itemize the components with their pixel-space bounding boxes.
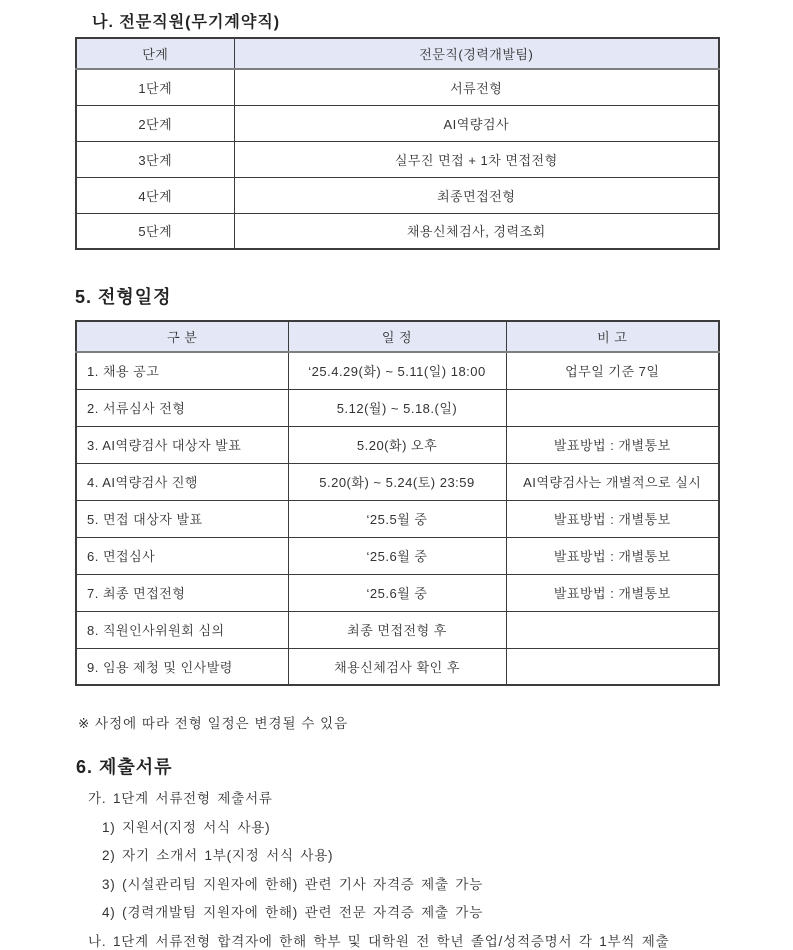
section-5-heading: 5. 전형일정 bbox=[75, 283, 172, 309]
table-cell: 4. AI역량검사 진행 bbox=[76, 463, 288, 500]
table-cell: 3단계 bbox=[76, 141, 234, 177]
submission-list-item: 나. 1단계 서류전형 합격자에 한해 학부 및 대학원 전 학년 졸업/성적증… bbox=[78, 930, 669, 950]
table-cell bbox=[506, 389, 719, 426]
table-cell: 최종면접전형 bbox=[234, 177, 719, 213]
stage-table-head: 단계전문직(경력개발팀) bbox=[76, 38, 719, 69]
column-header: 전문직(경력개발팀) bbox=[234, 38, 719, 69]
table-cell: 9. 임용 제청 및 인사발령 bbox=[76, 648, 288, 685]
table-row: 2단계AI역량검사 bbox=[76, 105, 719, 141]
table-row: 8. 직원인사위원회 심의최종 면접전형 후 bbox=[76, 611, 719, 648]
stage-table-body: 1단계서류전형2단계AI역량검사3단계실무진 면접 + 1차 면접전형4단계최종… bbox=[76, 69, 719, 249]
schedule-table: 구 분일 정비 고 1. 채용 공고‘25.4.29(화) ~ 5.11(일) … bbox=[75, 320, 720, 686]
table-row: 4. AI역량검사 진행5.20(화) ~ 5.24(토) 23:59AI역량검… bbox=[76, 463, 719, 500]
table-cell: 3. AI역량검사 대상자 발표 bbox=[76, 426, 288, 463]
table-cell: 8. 직원인사위원회 심의 bbox=[76, 611, 288, 648]
table-row: 6. 면접심사‘25.6월 중발표방법 : 개별통보 bbox=[76, 537, 719, 574]
table-cell: 5.20(화) ~ 5.24(토) 23:59 bbox=[288, 463, 506, 500]
section-6-heading: 6. 제출서류 bbox=[76, 753, 173, 779]
column-header: 단계 bbox=[76, 38, 234, 69]
table-cell: AI역량검사는 개별적으로 실시 bbox=[506, 463, 719, 500]
column-header: 구 분 bbox=[76, 321, 288, 352]
table-cell: 발표방법 : 개별통보 bbox=[506, 537, 719, 574]
section-b-title: 나. 전문직원(무기계약직) bbox=[92, 9, 280, 32]
stage-table: 단계전문직(경력개발팀) 1단계서류전형2단계AI역량검사3단계실무진 면접 +… bbox=[75, 37, 720, 250]
table-cell: 1. 채용 공고 bbox=[76, 352, 288, 389]
submission-list-item: 2) 자기 소개서 1부(지정 서식 사용) bbox=[78, 844, 669, 864]
table-cell: 5. 면접 대상자 발표 bbox=[76, 500, 288, 537]
submission-list-item: 가. 1단계 서류전형 제출서류 bbox=[78, 787, 669, 807]
table-cell: 업무일 기준 7일 bbox=[506, 352, 719, 389]
table-cell: 실무진 면접 + 1차 면접전형 bbox=[234, 141, 719, 177]
table-row: 5. 면접 대상자 발표‘25.5월 중발표방법 : 개별통보 bbox=[76, 500, 719, 537]
table-row: 1단계서류전형 bbox=[76, 69, 719, 105]
table-row: 9. 임용 제청 및 인사발령채용신체검사 확인 후 bbox=[76, 648, 719, 685]
table-cell: 서류전형 bbox=[234, 69, 719, 105]
table-row: 3단계실무진 면접 + 1차 면접전형 bbox=[76, 141, 719, 177]
table-cell: 7. 최종 면접전형 bbox=[76, 574, 288, 611]
table-cell: 1단계 bbox=[76, 69, 234, 105]
submission-list-item: 1) 지원서(지정 서식 사용) bbox=[78, 816, 669, 836]
table-cell: 2. 서류심사 전형 bbox=[76, 389, 288, 426]
table-cell: 발표방법 : 개별통보 bbox=[506, 426, 719, 463]
table-row: 5단계채용신체검사, 경력조회 bbox=[76, 213, 719, 249]
table-row: 2. 서류심사 전형5.12(월) ~ 5.18.(일) bbox=[76, 389, 719, 426]
table-cell: 채용신체검사 확인 후 bbox=[288, 648, 506, 685]
column-header: 비 고 bbox=[506, 321, 719, 352]
table-cell: 5.12(월) ~ 5.18.(일) bbox=[288, 389, 506, 426]
table-row: 4단계최종면접전형 bbox=[76, 177, 719, 213]
table-cell: 2단계 bbox=[76, 105, 234, 141]
schedule-table-body: 1. 채용 공고‘25.4.29(화) ~ 5.11(일) 18:00업무일 기… bbox=[76, 352, 719, 685]
table-cell: ‘25.6월 중 bbox=[288, 537, 506, 574]
submission-list-item: 4) (경력개발팀 지원자에 한해) 관련 전문 자격증 제출 가능 bbox=[78, 901, 669, 921]
table-cell: 발표방법 : 개별통보 bbox=[506, 500, 719, 537]
table-cell bbox=[506, 611, 719, 648]
table-cell: 5.20(화) 오후 bbox=[288, 426, 506, 463]
table-row: 7. 최종 면접전형‘25.6월 중발표방법 : 개별통보 bbox=[76, 574, 719, 611]
table-row: 1. 채용 공고‘25.4.29(화) ~ 5.11(일) 18:00업무일 기… bbox=[76, 352, 719, 389]
table-row: 3. AI역량검사 대상자 발표5.20(화) 오후발표방법 : 개별통보 bbox=[76, 426, 719, 463]
table-cell: 4단계 bbox=[76, 177, 234, 213]
submission-list: 가. 1단계 서류전형 제출서류1) 지원서(지정 서식 사용)2) 자기 소개… bbox=[78, 787, 669, 950]
header-row: 단계전문직(경력개발팀) bbox=[76, 38, 719, 69]
schedule-table-head: 구 분일 정비 고 bbox=[76, 321, 719, 352]
schedule-note: ※ 사정에 따라 전형 일정은 변경될 수 있음 bbox=[78, 712, 348, 732]
column-header: 일 정 bbox=[288, 321, 506, 352]
header-row: 구 분일 정비 고 bbox=[76, 321, 719, 352]
table-cell: ‘25.4.29(화) ~ 5.11(일) 18:00 bbox=[288, 352, 506, 389]
submission-list-item: 3) (시설관리팀 지원자에 한해) 관련 기사 자격증 제출 가능 bbox=[78, 873, 669, 893]
table-cell: AI역량검사 bbox=[234, 105, 719, 141]
table-cell: 채용신체검사, 경력조회 bbox=[234, 213, 719, 249]
table-cell: 최종 면접전형 후 bbox=[288, 611, 506, 648]
table-cell: 5단계 bbox=[76, 213, 234, 249]
table-cell: 발표방법 : 개별통보 bbox=[506, 574, 719, 611]
table-cell: ‘25.6월 중 bbox=[288, 574, 506, 611]
table-cell: ‘25.5월 중 bbox=[288, 500, 506, 537]
table-cell: 6. 면접심사 bbox=[76, 537, 288, 574]
table-cell bbox=[506, 648, 719, 685]
